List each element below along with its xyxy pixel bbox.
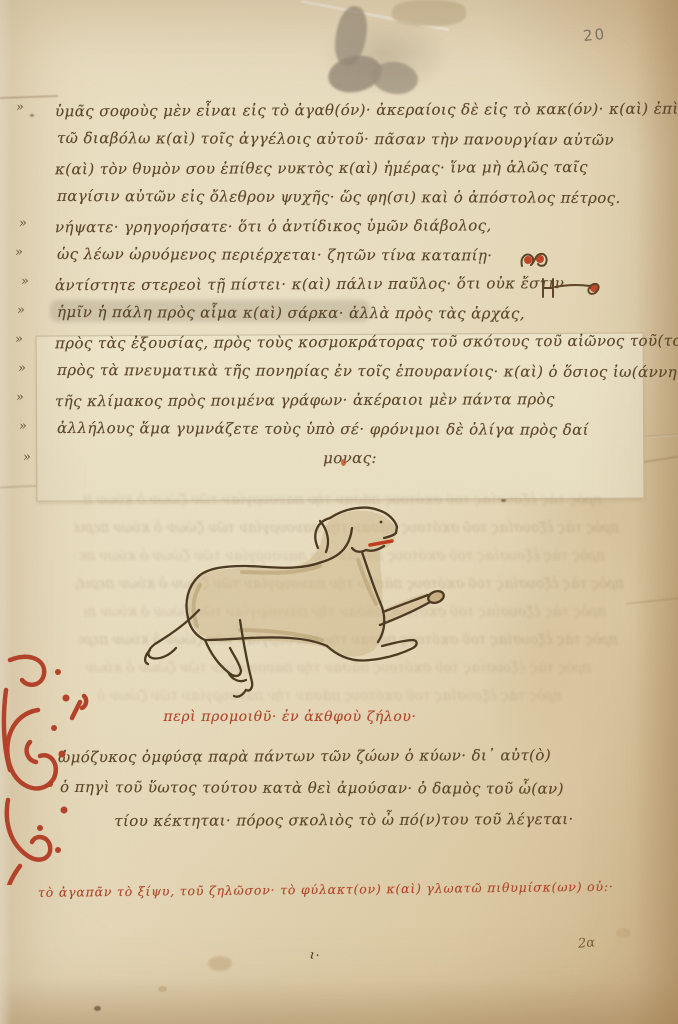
rubric-footer: τὸ ἀγαπᾶν τὸ ξίψυ, τοῦ ζηλῶσον· τὸ φύλακ… — [38, 879, 583, 900]
spot — [616, 928, 631, 938]
manuscript-line: ὑμᾶς σοφοὺς μὲν εἶναι εἰς τὸ ἀγαθ(όν)· ἀ… — [55, 95, 645, 127]
dog-paw — [427, 589, 446, 605]
diple-mark: » — [15, 100, 24, 116]
manuscript-line: τῆς κλίμακος πρὸς ποιμένα γράφων· ἀκέραι… — [55, 385, 645, 417]
crease — [0, 480, 160, 489]
manuscript-line: πρὸς τὰς ἐξουσίας, πρὸς τοὺς κοσμοκράτορ… — [55, 327, 645, 359]
manuscript-line: τῶ διαβόλω κ(αὶ) τοῖς ἀγγέλοις αὐτοῦ· πᾶ… — [57, 124, 645, 155]
page-bottom-edge — [0, 978, 678, 1024]
manuscript-line: ὠμόζυκος ὀμφύσᾳ παρὰ πάντων τῶν ζώων ὁ κ… — [58, 739, 630, 773]
diple-mark: » — [18, 216, 27, 232]
scratch-mark — [301, 0, 449, 31]
manuscript-line: ὁ πηγὶ τοῦ ὕωτος τούτου κατὰ θεὶ ἀμούσαν… — [60, 771, 630, 805]
manuscript-line: τίου κέκτηται· πόρος σκολιὸς τὸ ὦ πό(ν)τ… — [58, 803, 630, 837]
manuscript-page: 20 πρὸς τὰς ἐξουσίας τοῦ σκότους πᾶσαν τ… — [0, 0, 678, 1024]
rubric-heading: περὶ προμοιθῦ· ἐν ἀκθφοὺ ζήλου· — [90, 709, 490, 725]
paragraphos-ornament — [538, 276, 604, 300]
manuscript-line: μονας: — [55, 443, 645, 475]
stain-halo — [296, 0, 476, 110]
marginal-foliate-ornament — [0, 650, 100, 885]
dog-illustration — [130, 495, 470, 705]
folio-number: 20 — [582, 25, 607, 45]
diple-mark: » — [14, 332, 23, 348]
dash-stroke — [555, 285, 590, 287]
ornament-scrolls — [4, 657, 86, 885]
manuscript-line: πρὸς τὰ πνευματικὰ τῆς πονηρίας ἐν τοῖς … — [57, 356, 645, 387]
diple-mark: » — [16, 303, 25, 319]
manuscript-line: ἀλλήλους ἅμα γυμνάζετε τοὺς ὑπὸ σέ· φρόν… — [57, 414, 645, 445]
crease — [626, 597, 678, 605]
manuscript-line: ὡς λέων ὠρυόμενος περιέρχεται· ζητῶν τίν… — [57, 240, 645, 271]
diple-mark: » — [20, 274, 29, 290]
tan-stain — [392, 0, 466, 26]
manuscript-line: κ(αὶ) τὸν θυμὸν σου ἐπίθες νυκτὸς κ(αὶ) … — [55, 153, 645, 185]
diple-mark: » — [18, 419, 27, 435]
dog-eye — [380, 521, 383, 524]
secondary-text-block: ὠμόζυκος ὀμφύσᾳ παρὰ πάντων τῶν ζώων ὁ κ… — [58, 740, 630, 836]
ink-stain — [331, 4, 371, 68]
diple-mark: » — [15, 390, 24, 406]
red-dot-ornament — [341, 459, 346, 466]
spot — [208, 956, 232, 971]
crease — [0, 95, 58, 99]
diple-mark: » — [17, 361, 26, 377]
manuscript-line: ἡμῖν ἡ πάλη πρὸς αἷμα κ(αὶ) σάρκα· ἀλλὰ … — [57, 298, 645, 329]
diple-mark: » — [14, 245, 23, 261]
ink-stain — [370, 59, 420, 97]
omega-line-filler-ornament — [519, 250, 549, 270]
quire-mark: 2α — [577, 935, 595, 951]
manuscript-line: παγίσιν αὐτῶν εἰς ὄλεθρον ψυχῆς· ὥς φη(σ… — [57, 182, 645, 213]
ink-stain — [325, 51, 385, 97]
diple-mark: » — [22, 450, 31, 466]
spot — [30, 114, 34, 117]
red-fill — [524, 256, 532, 264]
manuscript-line: νήψατε· γρηγορήσατε· ὅτι ὁ ἀντίδικος ὑμῶ… — [55, 211, 645, 243]
spot — [94, 1006, 101, 1011]
spot — [158, 986, 167, 992]
catch-mark: ι· — [309, 947, 321, 962]
eta-stroke — [543, 279, 553, 297]
